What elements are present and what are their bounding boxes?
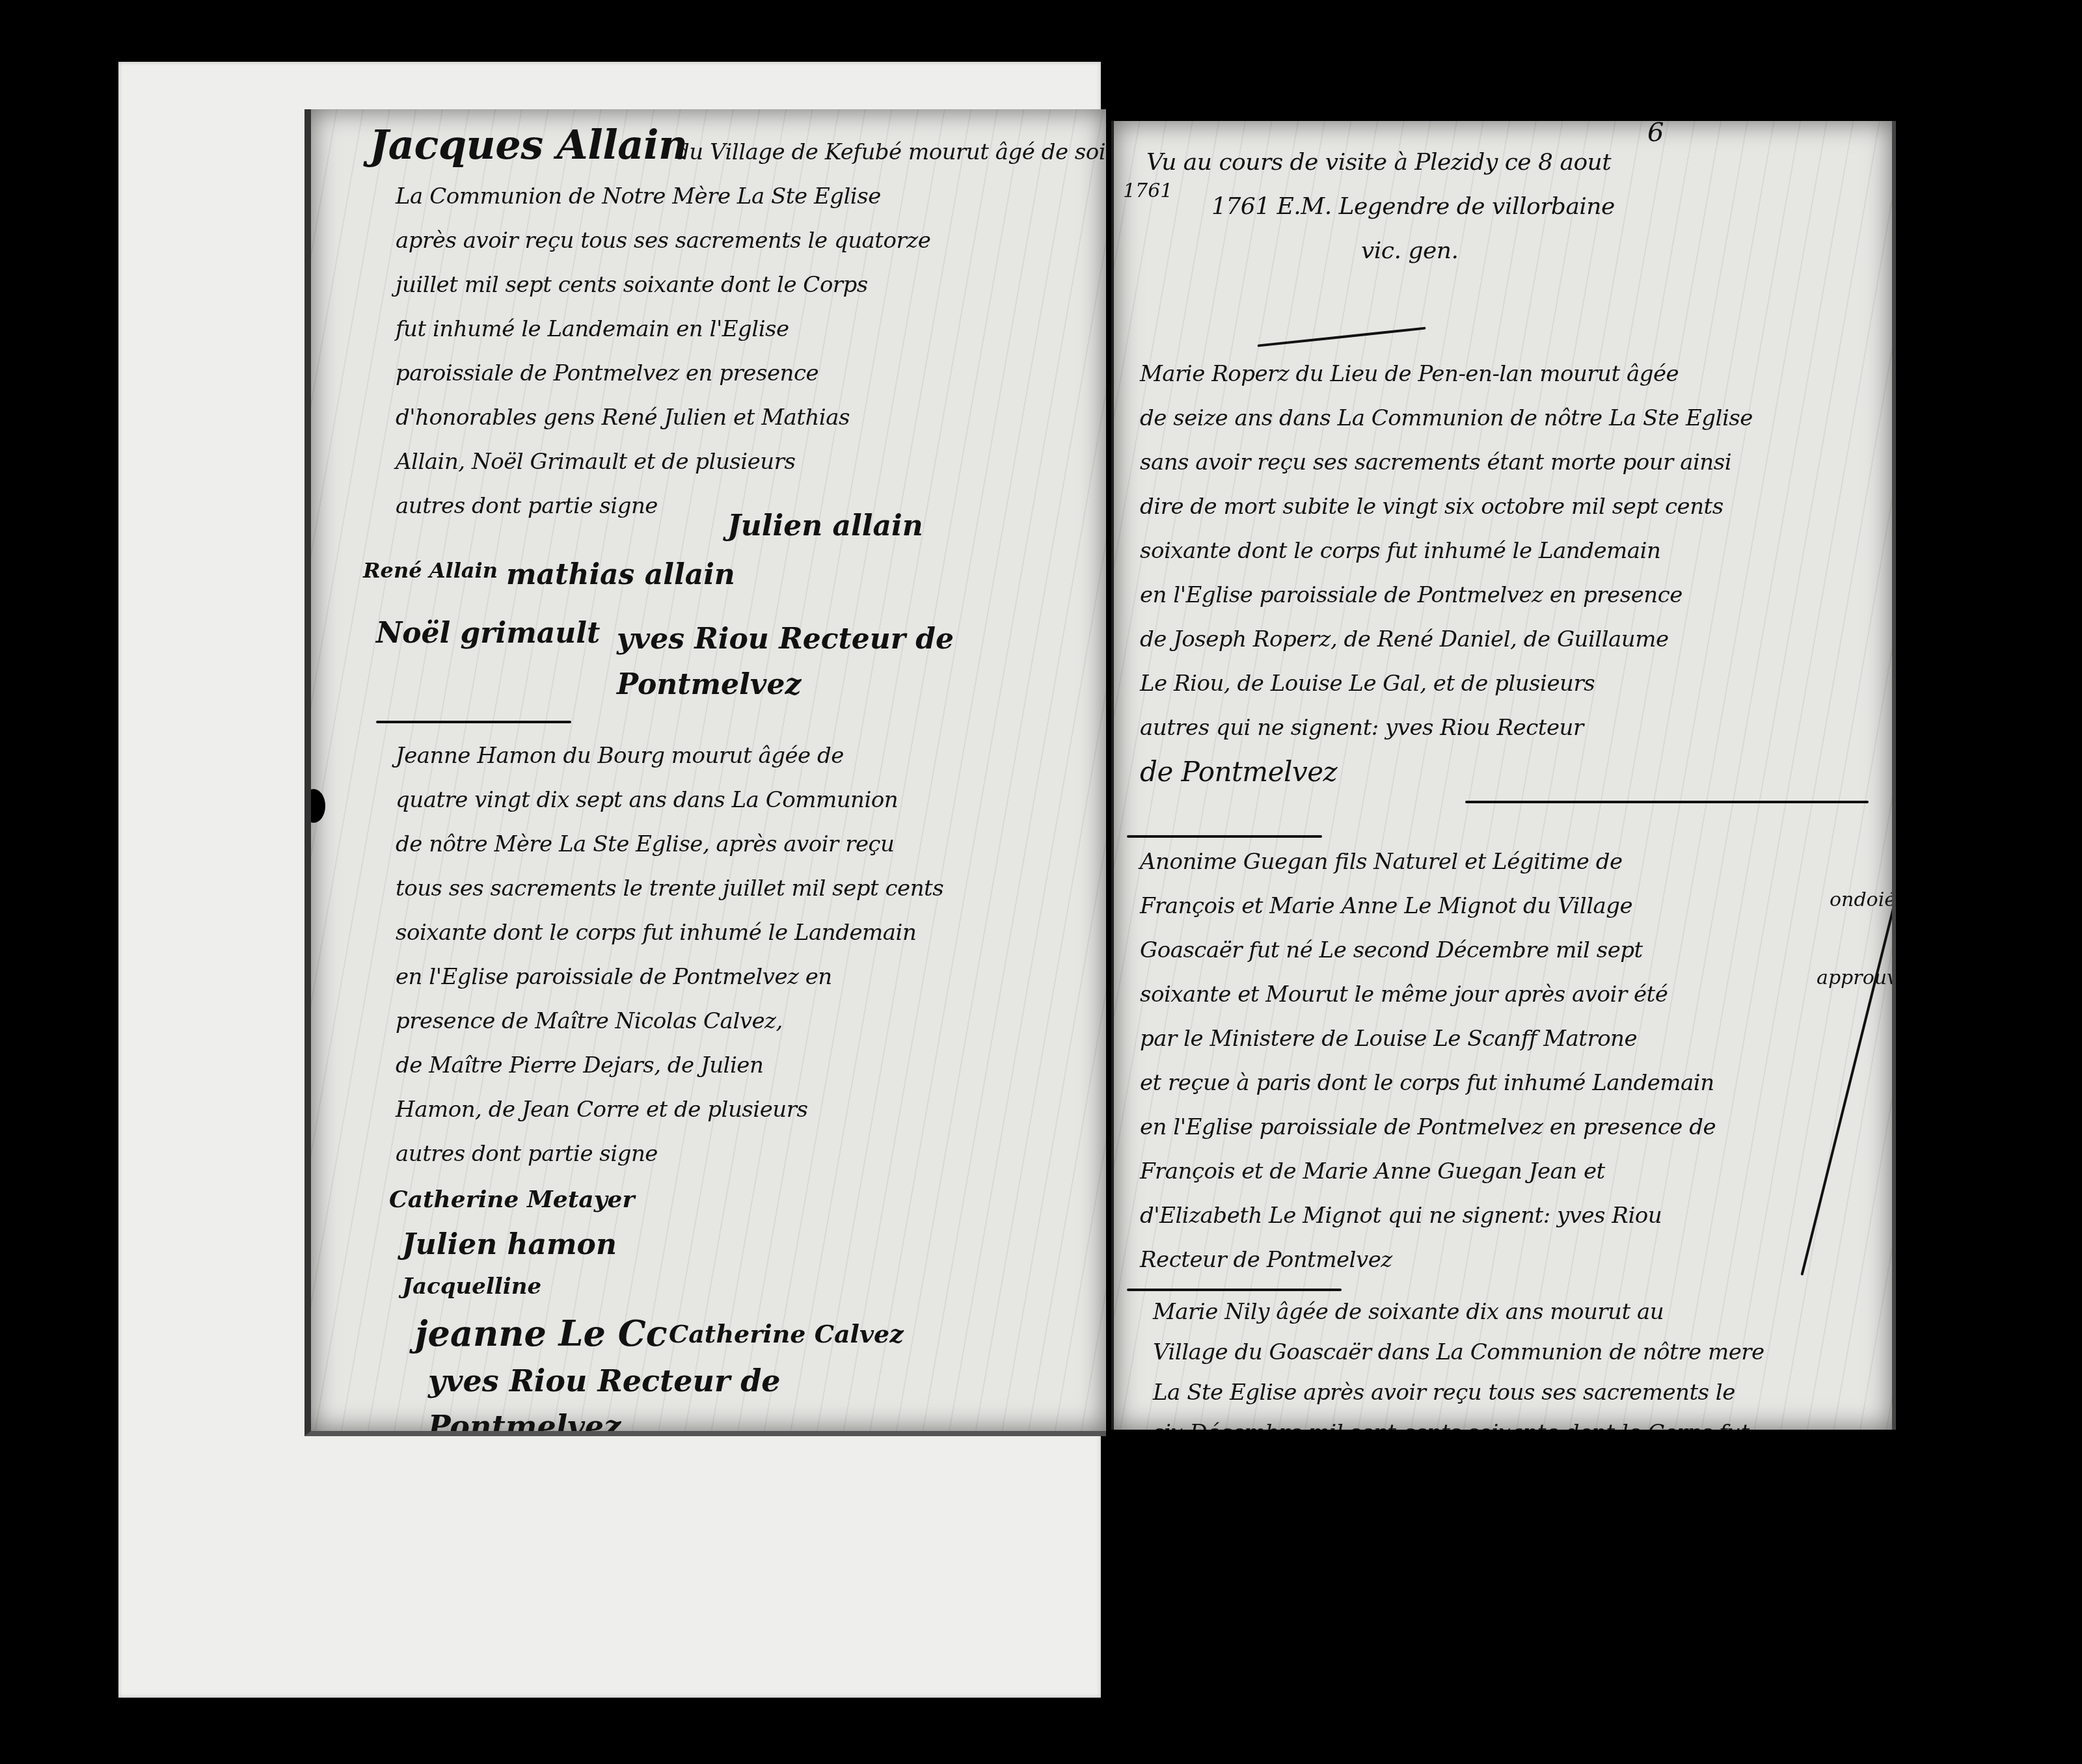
entry-line: presence de Maître Nicolas Calvez, bbox=[396, 999, 943, 1043]
entry-line: Allain, Noël Grimault et de plusieurs bbox=[370, 440, 930, 484]
entry-line: La Ste Eglise après avoir reçu tous ses … bbox=[1153, 1372, 1764, 1413]
visitation-line: 1761 E.M. Legendre de villorbaine bbox=[1146, 185, 1615, 229]
entry-marie-nily: Marie Nily âgée de soixante dix ans mour… bbox=[1153, 1292, 1764, 1430]
entry-line: soixante dont le corps fut inhumé le Lan… bbox=[1140, 529, 1753, 573]
entry-line: François et Marie Anne Le Mignot du Vill… bbox=[1140, 884, 1716, 928]
entry-line: La Communion de Notre Mère La Ste Eglise bbox=[370, 174, 930, 219]
entry-anonyme-guegan: Anonime Guegan fils Naturel et Légitime … bbox=[1140, 840, 1716, 1282]
entry-line: Hamon, de Jean Corre et de plusieurs bbox=[396, 1088, 943, 1132]
entry-line: soixante dont le corps fut inhumé le Lan… bbox=[396, 911, 943, 955]
entry-line: Marie Roperz du Lieu de Pen-en-lan mouru… bbox=[1140, 352, 1753, 396]
separator-rule bbox=[1127, 835, 1322, 838]
entry-line: d'Elizabeth Le Mignot qui ne signent: yv… bbox=[1140, 1194, 1716, 1238]
margin-addition: approuvé bbox=[1817, 967, 1896, 989]
signature: Noël grimault bbox=[376, 617, 600, 650]
entry-line: paroissiale de Pontmelvez en presence bbox=[370, 351, 930, 395]
entry-line: quatre vingt dix sept ans dans La Commun… bbox=[396, 778, 943, 822]
entry-line: dire de mort subite le vingt six octobre… bbox=[1140, 485, 1753, 529]
separator-rule bbox=[376, 721, 571, 723]
entry-line: et reçue à paris dont le corps fut inhum… bbox=[1140, 1061, 1716, 1105]
entry-line: après avoir reçu tous ses sacrements le … bbox=[370, 219, 930, 263]
entry-line: par le Ministere de Louise Le Scanff Mat… bbox=[1140, 1017, 1716, 1061]
signature: jeanne Le Cc bbox=[415, 1313, 668, 1354]
entry-line: en l'Eglise paroissiale de Pontmelvez en… bbox=[1140, 1105, 1716, 1149]
signature: Julien allain bbox=[727, 509, 923, 542]
entry-line: six Décembre mil sept cents soixante don… bbox=[1153, 1413, 1764, 1430]
entry-line: Le Riou, de Louise Le Gal, et de plusieu… bbox=[1140, 661, 1753, 706]
entry-line: François et de Marie Anne Guegan Jean et bbox=[1140, 1149, 1716, 1194]
entry-line: de nôtre Mère La Ste Eglise, après avoir… bbox=[396, 822, 943, 866]
visitation-line: vic. gen. bbox=[1146, 229, 1615, 273]
entry-line: Marie Nily âgée de soixante dix ans mour… bbox=[1153, 1292, 1764, 1332]
entry-line: d'honorables gens René Julien et Mathias bbox=[370, 395, 930, 440]
entry-line: soixante et Mourut le même jour après av… bbox=[1140, 972, 1716, 1017]
visitation-line: Vu au cours de visite à Plezidy ce 8 aou… bbox=[1146, 140, 1615, 185]
entry-jacques-allain: Jacques Allain du Village de Kefubé mour… bbox=[370, 116, 930, 528]
entry-line: Village du Goascaër dans La Communion de… bbox=[1153, 1332, 1764, 1372]
entry-line: de seize ans dans La Communion de nôtre … bbox=[1140, 396, 1753, 440]
margin-addition: ondoié bbox=[1830, 889, 1896, 911]
entry-line: tous ses sacrements le trente juillet mi… bbox=[396, 866, 943, 911]
entry-line: en l'Eglise paroissiale de Pontmelvez en… bbox=[1140, 573, 1753, 617]
signature: Jacquelline bbox=[402, 1274, 541, 1300]
entry-line: autres dont partie signe bbox=[396, 1132, 943, 1176]
signature: yves Riou Recteur de Pontmelvez bbox=[617, 617, 1040, 708]
signature: Catherine Metayer bbox=[389, 1186, 634, 1213]
entry-line: Anonime Guegan fils Naturel et Légitime … bbox=[1140, 840, 1716, 884]
entry-line: autres qui ne signent: yves Riou Recteur bbox=[1140, 706, 1753, 750]
signature: mathias allain bbox=[506, 558, 735, 591]
visitation-note: Vu au cours de visite à Plezidy ce 8 aou… bbox=[1146, 140, 1615, 273]
right-page: 1761 6 Vu au cours de visite à Plezidy c… bbox=[1111, 121, 1896, 1430]
separator-rule bbox=[1127, 1289, 1342, 1291]
entry-line: en l'Eglise paroissiale de Pontmelvez en bbox=[396, 955, 943, 999]
entry-line: Recteur de Pontmelvez bbox=[1140, 1238, 1716, 1282]
entry-line: Goascaër fut né Le second Décembre mil s… bbox=[1140, 928, 1716, 972]
entry-line: sans avoir reçu ses sacrements étant mor… bbox=[1140, 440, 1753, 485]
signature: yves Riou Recteur de Pontmelvez bbox=[428, 1358, 884, 1436]
entry-line: du Village de Kefubé mourut âgé de soixa… bbox=[675, 130, 1106, 174]
signature: Catherine Calvez bbox=[669, 1319, 904, 1348]
entry-jeanne-hamon: Jeanne Hamon du Bourg mourut âgée de qua… bbox=[396, 734, 943, 1176]
entry-marie-roperz: Marie Roperz du Lieu de Pen-en-lan mouru… bbox=[1140, 352, 1753, 794]
entry-line: de Maître Pierre Dejars, de Julien bbox=[396, 1043, 943, 1088]
entry-line: fut inhumé le Landemain en l'Eglise bbox=[370, 307, 930, 351]
signature: Julien hamon bbox=[402, 1228, 617, 1261]
left-page: Jacques Allain du Village de Kefubé mour… bbox=[304, 109, 1106, 1436]
entry-line: de Joseph Roperz, de René Daniel, de Gui… bbox=[1140, 617, 1753, 661]
entry-line: juillet mil sept cents soixante dont le … bbox=[370, 263, 930, 307]
signature: René Allain bbox=[363, 558, 498, 583]
entry-line: Jeanne Hamon du Bourg mourut âgée de bbox=[396, 734, 943, 778]
separator-rule bbox=[1465, 801, 1869, 803]
entry-line: de Pontmelvez bbox=[1140, 750, 1753, 794]
page-number: 6 bbox=[1647, 121, 1664, 148]
